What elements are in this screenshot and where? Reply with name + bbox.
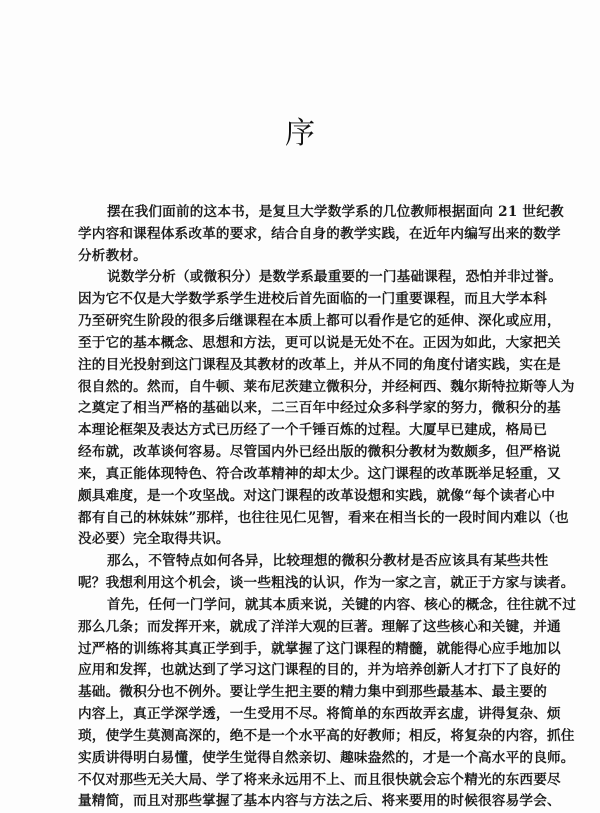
text-line: 实质讲得明白易懂，使学生觉得自然亲切、趣味盎然的，才是一个高水平的良师。 xyxy=(78,748,530,770)
text-line: 没必要）完全取得共识。 xyxy=(78,529,530,551)
text-line: 摆在我们面前的这本书，是复旦大学数学系的几位教师根据面向 21 世纪教 xyxy=(78,202,530,224)
book-page: 序 摆在我们面前的这本书，是复旦大学数学系的几位教师根据面向 21 世纪教学内容… xyxy=(0,0,600,813)
text-line: 量精简，而且对那些掌握了基本内容与方法之后、将来要用的时候很容易学会、 xyxy=(78,791,530,813)
text-line: 分析教材。 xyxy=(78,246,530,268)
text-line: 说数学分析（或微积分）是数学系最重要的一门基础课程，恐怕并非过誉。 xyxy=(78,267,530,289)
text-line: 基础。微积分也不例外。要让学生把主要的精力集中到那些最基本、最主要的 xyxy=(78,682,530,704)
text-line: 本理论框架及表达方式已历经了一个千锤百炼的过程。大厦早已建成，格局已 xyxy=(78,420,530,442)
text-line: 因为它不仅是大学数学系学生进校后首先面临的一门重要课程，而且大学本科 xyxy=(78,289,530,311)
text-line: 不仅对那些无关大局、学了将来永远用不上、而且很快就会忘个精光的东西要尽 xyxy=(78,770,530,792)
text-line: 很自然的。然而，自牛顿、莱布尼茨建立微积分，并经柯西、魏尔斯特拉斯等人为 xyxy=(78,377,530,399)
text-line: 内容上，真正学深学透，一生受用不尽。将简单的东西故弄玄虚，讲得复杂、烦 xyxy=(78,704,530,726)
page-title: 序 xyxy=(0,116,600,152)
text-line: 注的目光投射到这门课程及其教材的改革上，并从不同的角度付诸实践，实在是 xyxy=(78,355,530,377)
text-line: 来，真正能体现特色、符合改革精神的却太少。这门课程的改革既举足轻重，又 xyxy=(78,464,530,486)
text-line: 首先，任何一门学问，就其本质来说，关键的内容、核心的概念，往往就不过 xyxy=(78,595,530,617)
text-line: 都有自己的林妹妹”那样，也往往见仁见智，看来在相当长的一段时间内难以（也 xyxy=(78,508,530,530)
text-line: 经布就，改革谈何容易。尽管国内外已经出版的微积分教材为数颇多，但严格说 xyxy=(78,442,530,464)
text-line: 乃至研究生阶段的很多后继课程在本质上都可以看作是它的延伸、深化或应用， xyxy=(78,311,530,333)
text-line: 应用和发挥，也就达到了学习这门课程的目的，并为培养创新人才打下了良好的 xyxy=(78,660,530,682)
text-line: 那么，不管特点如何各异，比较理想的微积分教材是否应该具有某些共性 xyxy=(78,551,530,573)
text-line: 呢？我想利用这个机会，谈一些粗浅的认识，作为一家之言，就正于方家与读者。 xyxy=(78,573,530,595)
text-line: 之奠定了相当严格的基础以来，二三百年中经过众多科学家的努力，微积分的基 xyxy=(78,398,530,420)
text-line: 学内容和课程体系改革的要求，结合自身的教学实践，在近年内编写出来的数学 xyxy=(78,224,530,246)
text-line: 琐，使学生莫测高深的，绝不是一个水平高的好教师；相反，将复杂的内容，抓住 xyxy=(78,726,530,748)
text-line: 过严格的训练将其真正学到手，就掌握了这门课程的精髓，就能得心应手地加以 xyxy=(78,639,530,661)
text-line: 颇具难度，是一个攻坚战。对这门课程的改革设想和实践，就像“每个读者心中 xyxy=(78,486,530,508)
text-line: 那么几条；而发挥开来，就成了洋洋大观的巨著。理解了这些核心和关键，并通 xyxy=(78,617,530,639)
text-line: 至于它的基本概念、思想和方法，更可以说是无处不在。正因为如此，大家把关 xyxy=(78,333,530,355)
preface-body: 摆在我们面前的这本书，是复旦大学数学系的几位教师根据面向 21 世纪教学内容和课… xyxy=(78,202,530,813)
